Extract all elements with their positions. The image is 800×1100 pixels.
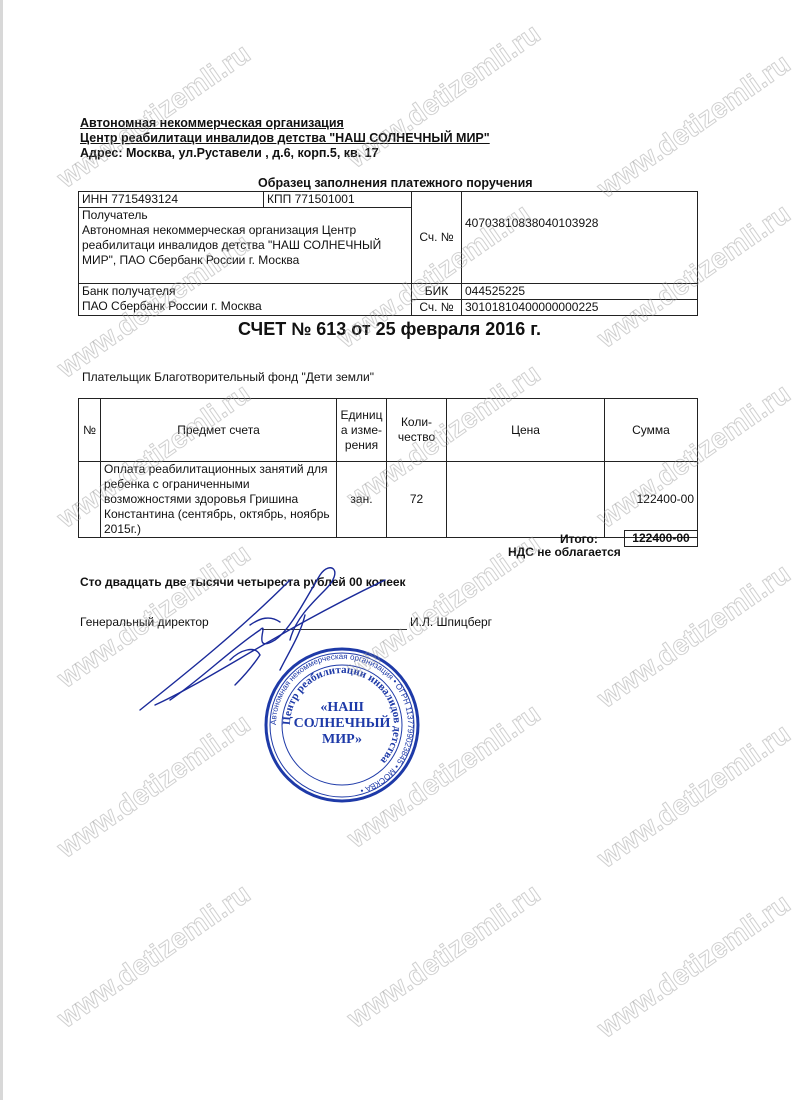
recipient-label: Получатель xyxy=(82,208,408,223)
header-qty: Коли- чество xyxy=(387,399,447,462)
header-price: Цена xyxy=(447,399,605,462)
payment-details-table: ИНН 7715493124 КПП 771501001 Сч. № 40703… xyxy=(78,191,698,316)
page-edge xyxy=(0,0,3,1100)
row-sum: 122400-00 xyxy=(605,462,698,538)
watermark-text: www.detizemli.ru xyxy=(591,48,796,205)
director-name: И.Л. Шпицберг xyxy=(410,615,492,629)
total-label: Итого: xyxy=(560,532,598,546)
total-value: 122400-00 xyxy=(624,530,698,547)
corr-account-label: Сч. № xyxy=(412,300,462,316)
organization-stamp: Автономная некоммерческая организация • … xyxy=(262,645,422,805)
row-unit: зан. xyxy=(337,462,387,538)
watermark-text: www.detizemli.ru xyxy=(591,718,796,875)
stamp-center-text: «НАШ СОЛНЕЧНЫЙ МИР» xyxy=(262,700,422,748)
payment-sample-title: Образец заполнения платежного поручения xyxy=(258,176,533,190)
payer: Плательщик Благотворительный фонд "Дети … xyxy=(82,370,374,384)
bank-cell: Банк получателя ПАО Сбербанк России г. М… xyxy=(79,284,412,316)
org-address: Адрес: Москва, ул.Руставели , д.6, корп.… xyxy=(80,146,490,161)
watermark-text: www.detizemli.ru xyxy=(51,708,256,865)
bank-name: ПАО Сбербанк России г. Москва xyxy=(82,299,408,314)
row-price xyxy=(447,462,605,538)
recipient-cell: Получатель Автономная некоммерческая орг… xyxy=(79,208,412,284)
stamp-line-2: СОЛНЕЧНЫЙ xyxy=(262,716,422,732)
header-sum: Сумма xyxy=(605,399,698,462)
org-line-2: Центр реабилитаци инвалидов детства "НАШ… xyxy=(80,131,490,146)
bank-label: Банк получателя xyxy=(82,284,408,299)
corr-account-value: 30101810400000000225 xyxy=(462,300,698,316)
org-line-1: Автономная некоммерческая организация xyxy=(80,116,490,131)
header-unit: Единиц а изме- рения xyxy=(337,399,387,462)
vat-note: НДС не облагается xyxy=(508,545,621,559)
stamp-line-1: «НАШ xyxy=(262,700,422,716)
header-subject: Предмет счета xyxy=(101,399,337,462)
watermark-text: www.detizemli.ru xyxy=(341,878,546,1035)
watermark-text: www.detizemli.ru xyxy=(591,558,796,715)
inn-cell: ИНН 7715493124 xyxy=(79,192,264,208)
stamp-line-3: МИР» xyxy=(262,732,422,748)
org-header: Автономная некоммерческая организация Це… xyxy=(80,116,490,161)
account-number: 40703810838040103928 xyxy=(462,192,698,284)
invoice-items-table: № Предмет счета Единиц а изме- рения Кол… xyxy=(78,398,698,538)
row-subject: Оплата реабилитационных занятий для ребе… xyxy=(101,462,337,538)
recipient-name: Автономная некоммерческая организация Це… xyxy=(82,223,402,268)
watermark-text: www.detizemli.ru xyxy=(51,878,256,1035)
row-num xyxy=(79,462,101,538)
invoice-title: СЧЕТ № 613 от 25 февраля 2016 г. xyxy=(238,319,541,340)
row-qty: 72 xyxy=(387,462,447,538)
items-header-row: № Предмет счета Единиц а изме- рения Кол… xyxy=(79,399,698,462)
table-row: Оплата реабилитационных занятий для ребе… xyxy=(79,462,698,538)
kpp-cell: КПП 771501001 xyxy=(264,192,412,208)
bik-value: 044525225 xyxy=(462,284,698,300)
account-label: Сч. № xyxy=(412,192,462,284)
bik-label: БИК xyxy=(412,284,462,300)
header-num: № xyxy=(79,399,101,462)
watermark-text: www.detizemli.ru xyxy=(591,888,796,1045)
